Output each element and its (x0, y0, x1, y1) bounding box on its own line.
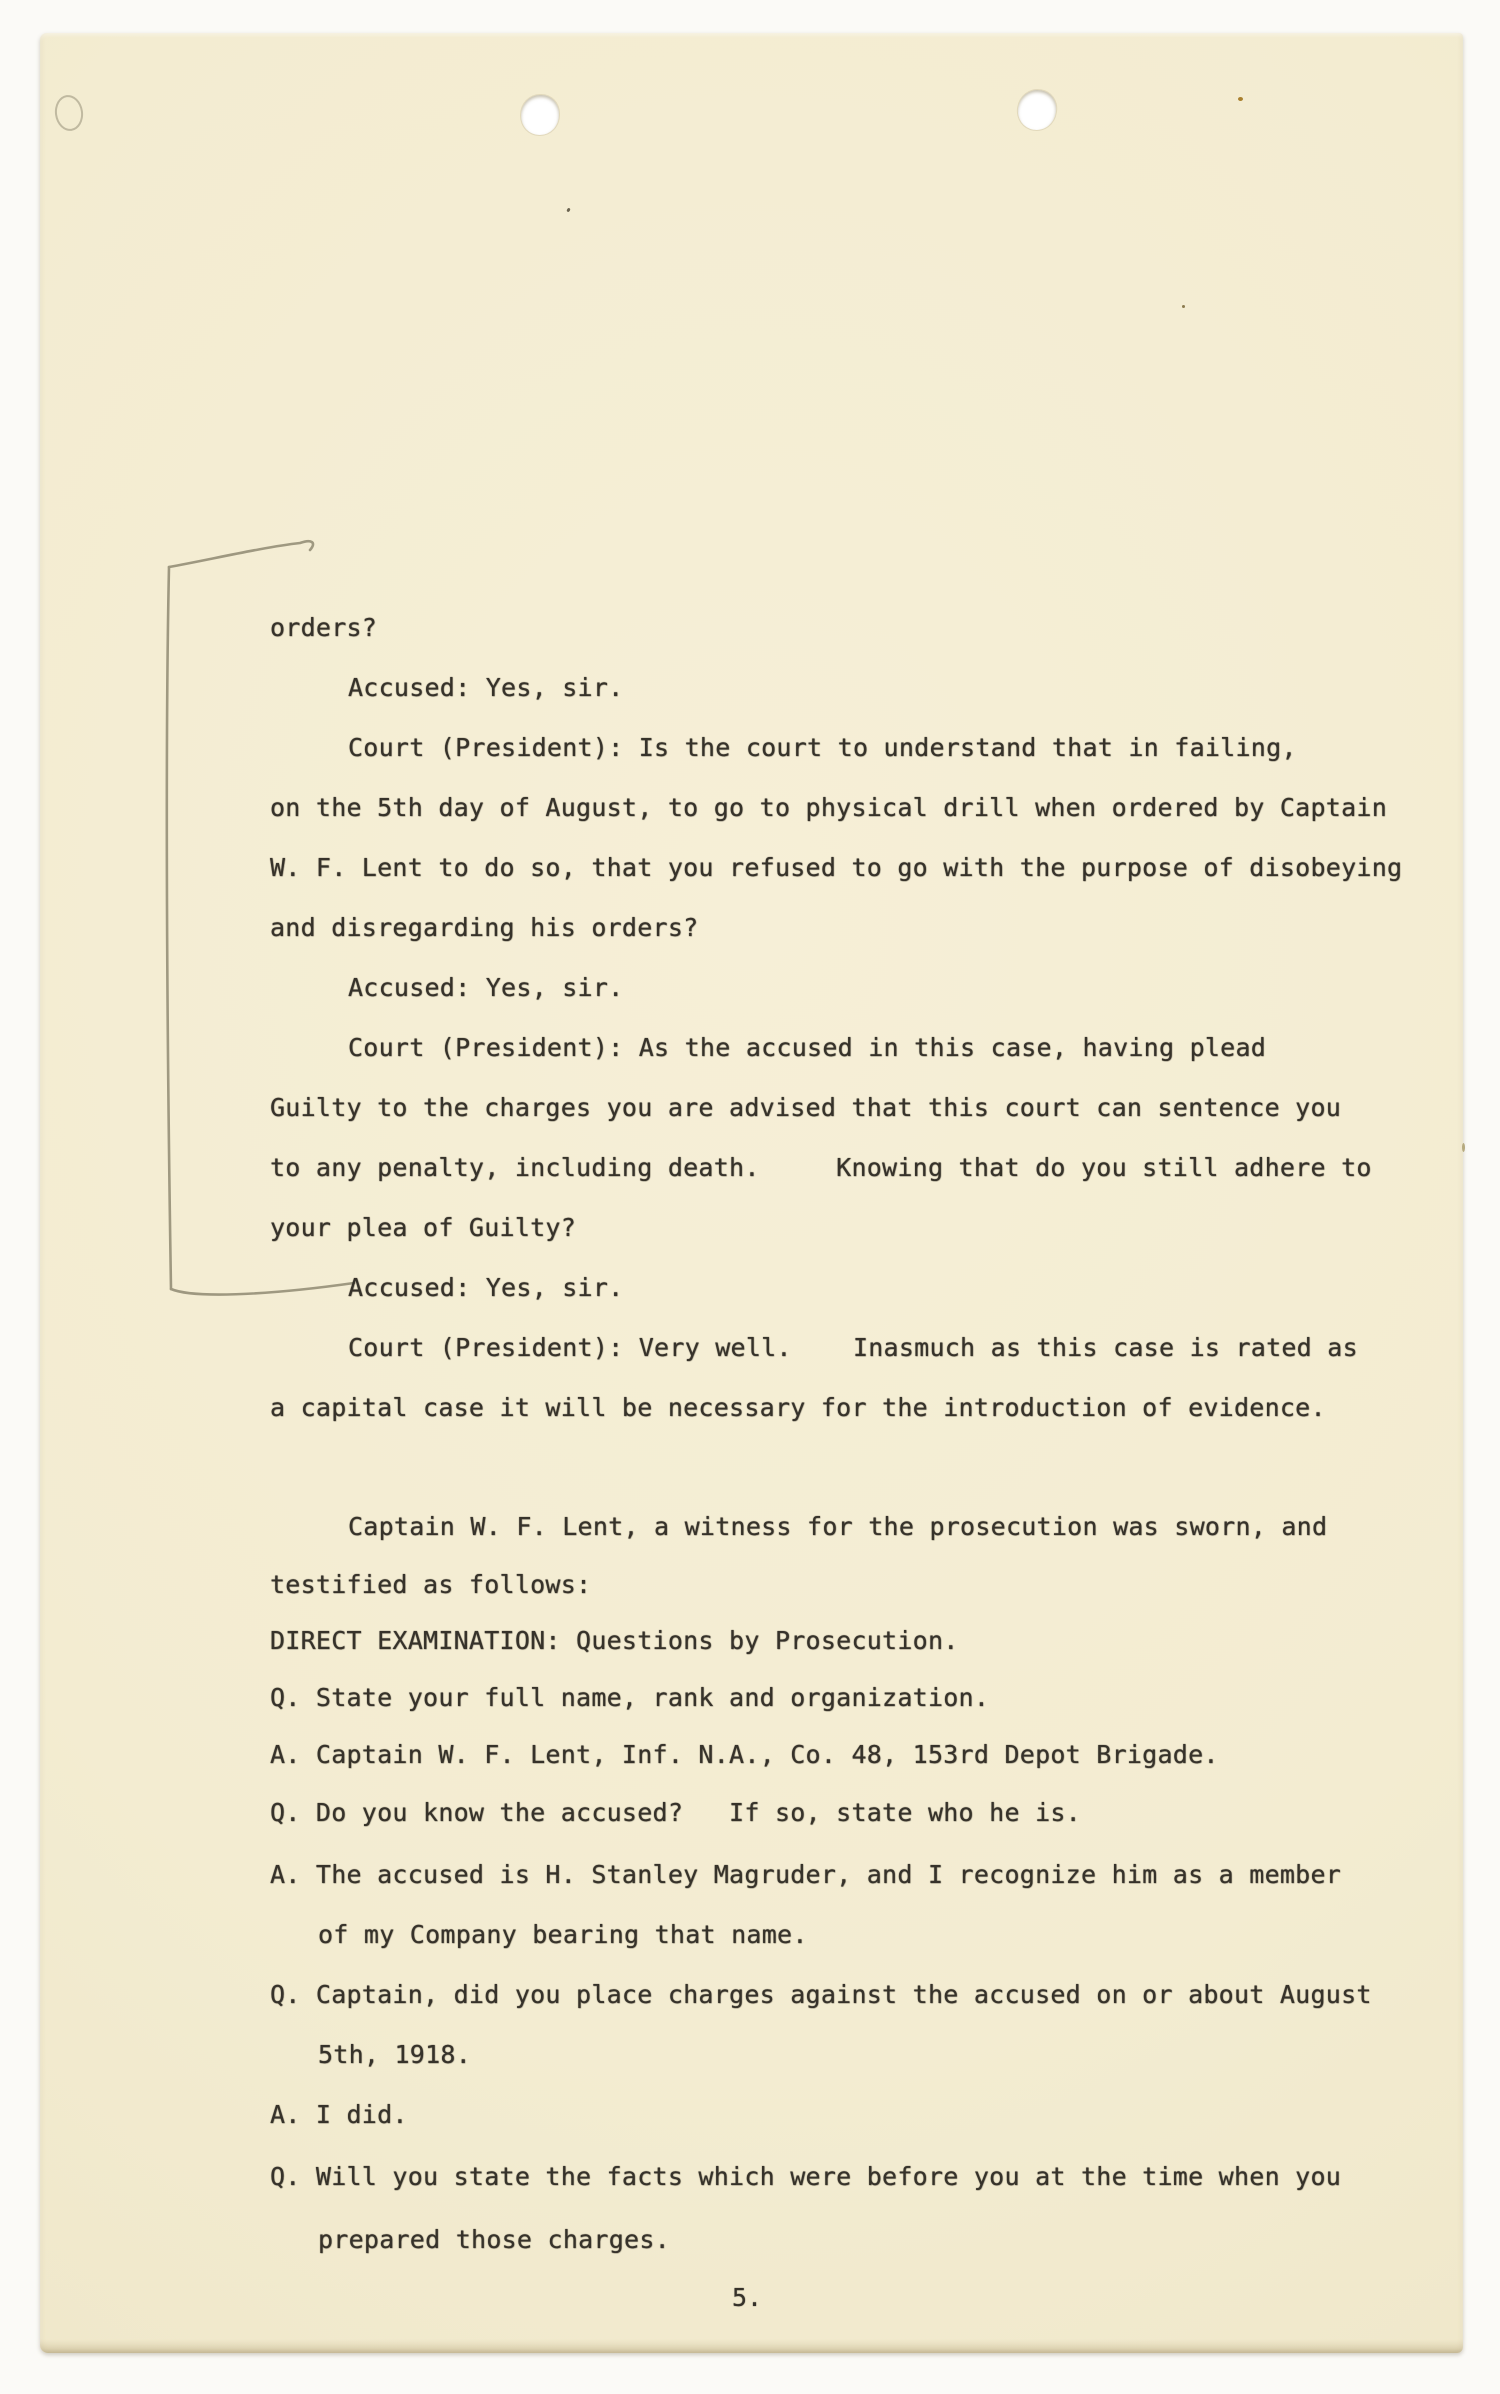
typewritten-line: your plea of Guilty? (270, 1213, 576, 1243)
typewritten-text-block: orders?Accused: Yes, sir.Court (Presiden… (40, 33, 1463, 2353)
typewritten-line: and disregarding his orders? (270, 913, 698, 943)
typewritten-line: on the 5th day of August, to go to physi… (270, 793, 1387, 823)
typewritten-line: of my Company bearing that name. (318, 1920, 808, 1950)
typewritten-line: A. The accused is H. Stanley Magruder, a… (270, 1860, 1341, 1890)
typewritten-line: testified as follows: (270, 1570, 591, 1600)
typewritten-line: A. Captain W. F. Lent, Inf. N.A., Co. 48… (270, 1740, 1219, 1770)
page-number: 5. (732, 2283, 762, 2313)
typewritten-line: Captain W. F. Lent, a witness for the pr… (348, 1512, 1327, 1542)
typewritten-line: Accused: Yes, sir. (348, 673, 623, 703)
typewritten-line: DIRECT EXAMINATION: Questions by Prosecu… (270, 1626, 959, 1656)
scanner-background: orders?Accused: Yes, sir.Court (Presiden… (0, 0, 1500, 2394)
typewritten-line: Q. Captain, did you place charges agains… (270, 1980, 1372, 2010)
typewritten-line: to any penalty, including death. Knowing… (270, 1153, 1372, 1183)
typewritten-line: a capital case it will be necessary for … (270, 1393, 1326, 1423)
typewritten-line: Q. Do you know the accused? If so, state… (270, 1798, 1081, 1828)
typewritten-line: W. F. Lent to do so, that you refused to… (270, 853, 1402, 883)
typewritten-line: A. I did. (270, 2100, 408, 2130)
typewritten-line: Court (President): Very well. Inasmuch a… (348, 1333, 1358, 1363)
typewritten-line: Accused: Yes, sir. (348, 973, 623, 1003)
screenshot-root: { "colors": { "paper": "#f3ecd1", "backg… (0, 0, 1500, 2394)
typewritten-line: Court (President): Is the court to under… (348, 733, 1297, 763)
typewritten-line: orders? (270, 613, 377, 643)
typewritten-line: Accused: Yes, sir. (348, 1273, 623, 1303)
typewritten-line: Q. Will you state the facts which were b… (270, 2162, 1341, 2192)
document-page: orders?Accused: Yes, sir.Court (Presiden… (40, 33, 1463, 2353)
typewritten-line: Court (President): As the accused in thi… (348, 1033, 1266, 1063)
typewritten-line: Q. State your full name, rank and organi… (270, 1683, 989, 1713)
typewritten-line: 5th, 1918. (318, 2040, 471, 2070)
typewritten-line: Guilty to the charges you are advised th… (270, 1093, 1341, 1123)
typewritten-line: prepared those charges. (318, 2225, 670, 2255)
